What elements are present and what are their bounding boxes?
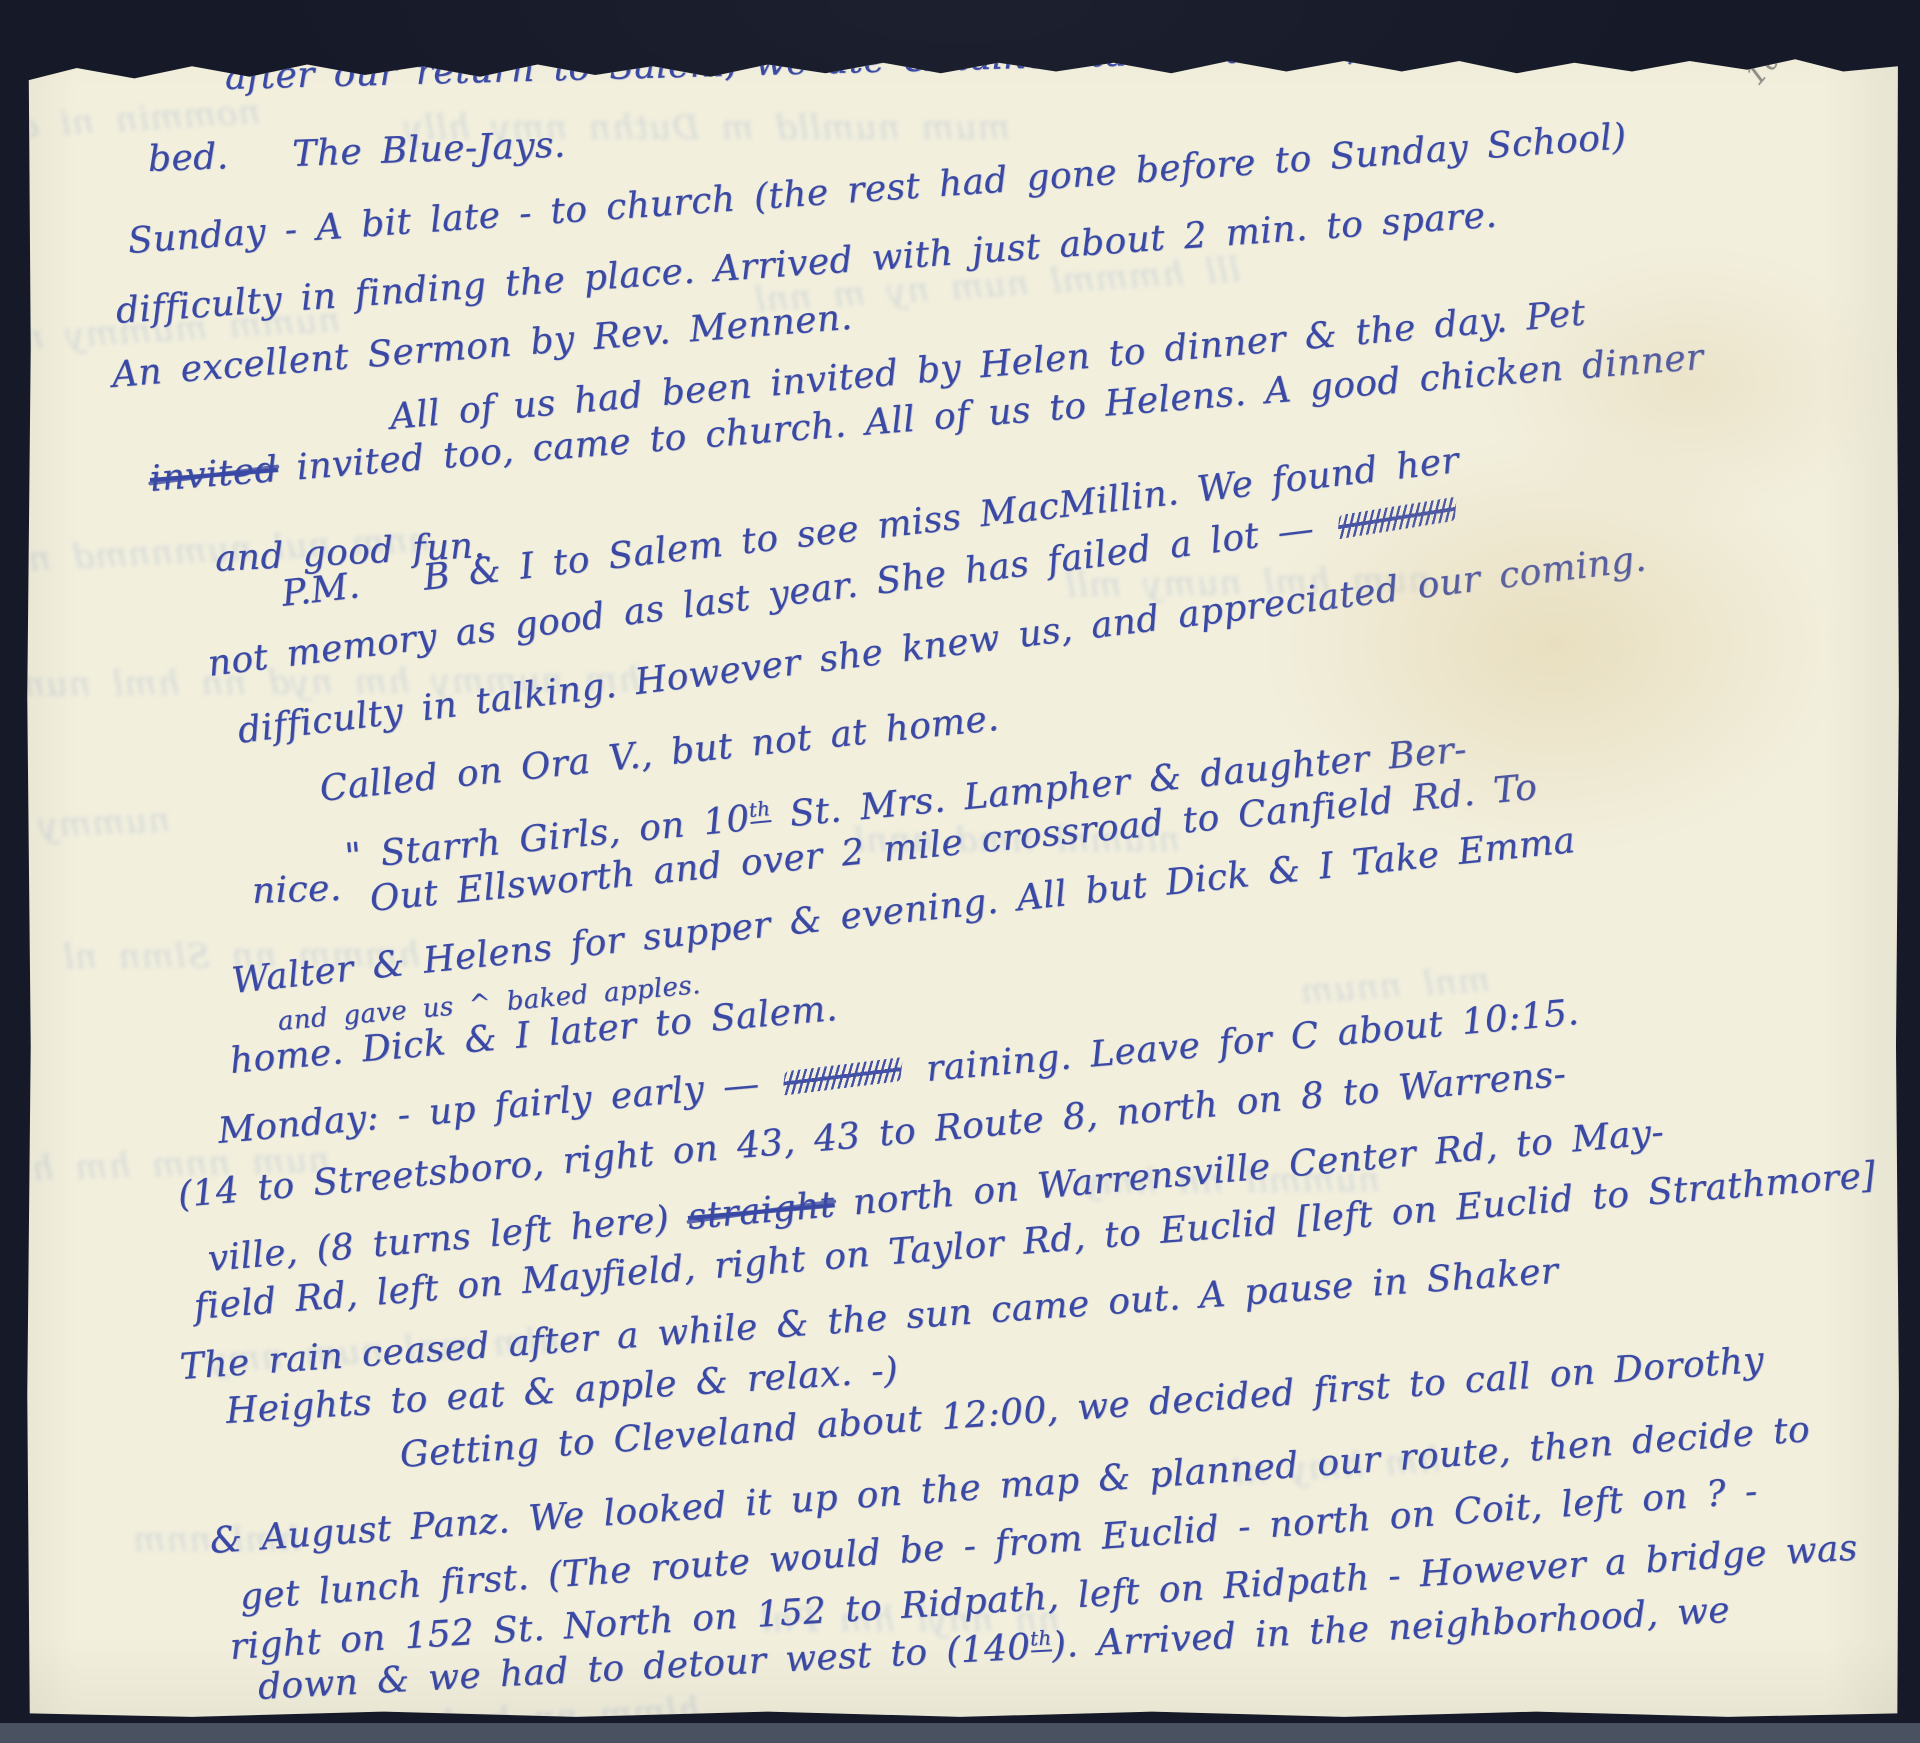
handwriting-line: bed.The Blue-Jays. — [147, 125, 566, 179]
notebook-page: nommin ni a numannammum numlld m Duthn n… — [0, 0, 1920, 1743]
handwriting-line: nice. — [251, 869, 342, 912]
scribbled-out-word — [1337, 497, 1457, 540]
scanned-document: { "page": { "kind": "handwritten diary p… — [0, 0, 1920, 1743]
scan-bottom-band — [0, 1723, 1920, 1743]
scribbled-out-word — [782, 1057, 903, 1096]
